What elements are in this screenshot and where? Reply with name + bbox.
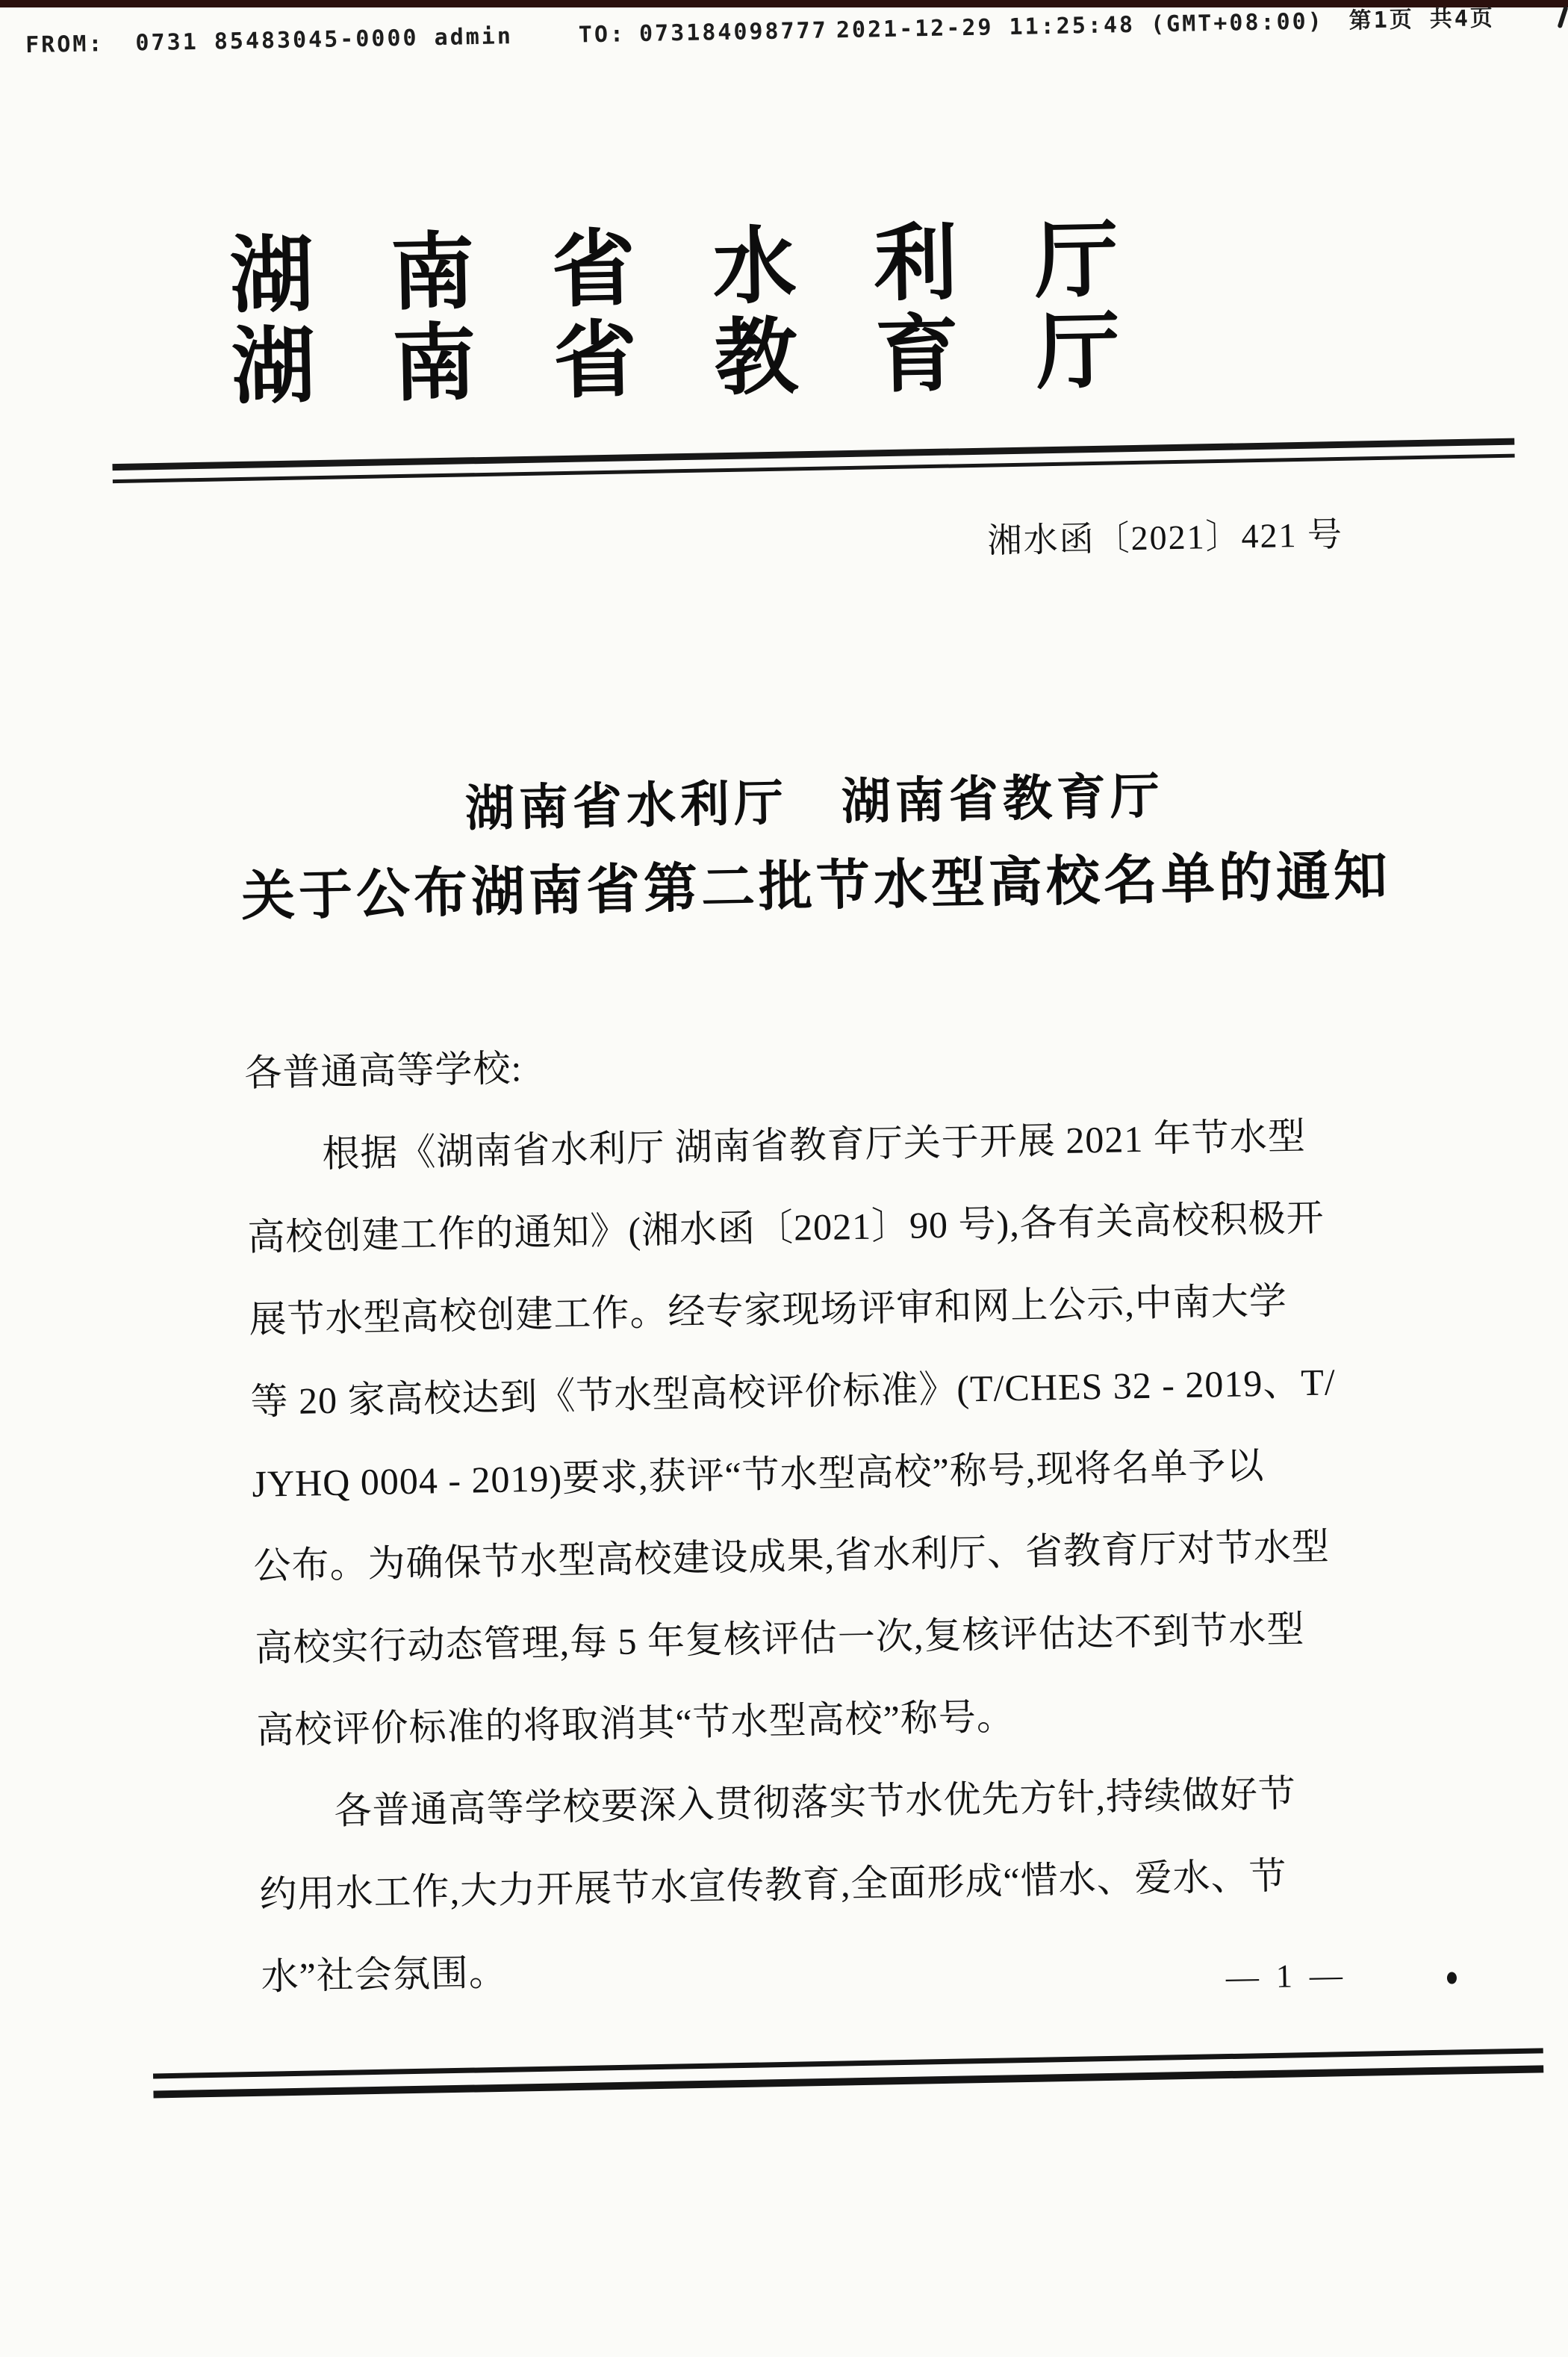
document-title-line1: 湖南省水利厅 湖南省教育厅	[67, 760, 1561, 848]
fax-page-indicator: 第1页 共4页	[1348, 0, 1495, 35]
letterhead-line1: 湖南省水利厅	[229, 215, 1119, 323]
letterhead-divider	[112, 438, 1514, 483]
scan-artifact	[1558, 6, 1568, 28]
letterhead: 湖南省水利厅 湖南省教育厅	[229, 215, 1121, 414]
fax-to-label: TO:	[579, 21, 626, 48]
letterhead-char: 南	[392, 318, 477, 411]
letterhead-char: 教	[714, 312, 799, 405]
fax-from-value: 0731 85483045-0000 admin	[135, 23, 513, 56]
fax-header: FROM: 0731 85483045-0000 admin TO: 07318…	[25, 0, 1495, 59]
letterhead-char: 厅	[1034, 215, 1119, 308]
divider-line-bottom	[113, 454, 1515, 483]
letterhead-char: 育	[874, 309, 959, 402]
fax-datetime: 2021-12-29 11:25:48 (GMT+08:00)	[836, 8, 1324, 43]
letterhead-char: 水	[712, 221, 797, 314]
body-text: 各普通高等学校: 根据《湖南省水利厅 湖南省教育厅关于开展 2021 年节水型 …	[243, 1011, 1411, 2018]
fax-from-label: FROM:	[25, 31, 105, 58]
letterhead-char: 湖	[231, 321, 316, 414]
letterhead-char: 湖	[229, 230, 314, 323]
document-title: 湖南省水利厅 湖南省教育厅 关于公布湖南省第二批节水型高校名单的通知	[67, 760, 1563, 933]
fax-to-value: 073184098777	[639, 17, 828, 47]
letterhead-char: 利	[873, 218, 958, 311]
letterhead-char: 省	[551, 224, 636, 317]
ink-speck	[1447, 1972, 1457, 1984]
letterhead-line2: 湖南省教育厅	[231, 306, 1121, 414]
divider-line-top	[112, 438, 1514, 471]
document-number: 湘水函〔2021〕421 号	[987, 507, 1344, 563]
footer-divider	[153, 2048, 1543, 2098]
document-title-line2: 关于公布湖南省第二批节水型高校名单的通知	[69, 841, 1563, 933]
document-content: FROM: 0731 85483045-0000 admin TO: 07318…	[0, 0, 1568, 2357]
letterhead-char: 省	[553, 315, 638, 408]
letterhead-char: 厅	[1036, 306, 1121, 399]
letterhead-char: 南	[390, 227, 475, 320]
page-number: — 1 —	[1225, 1956, 1347, 1996]
